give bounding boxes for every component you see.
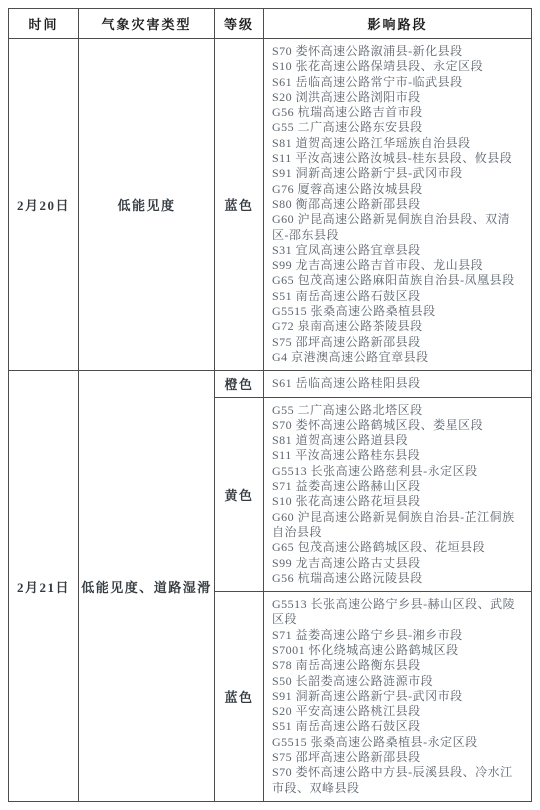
road-segment: S99 龙吉高速公路吉首市段、龙山县段 <box>272 258 525 273</box>
road-segment: S78 南岳高速公路衡东县段 <box>272 658 525 673</box>
road-segment: S91 洞新高速公路新宁县-武冈市段 <box>272 689 525 704</box>
roads-cell: S70 娄怀高速公路溆浦县-新化县段S10 张花高速公路保靖县段、永定区段S61… <box>264 39 532 371</box>
road-segment: S20 平安高速公路桃江县段 <box>272 704 525 719</box>
road-segment: S50 长韶娄高速公路涟源市段 <box>272 674 525 689</box>
road-segment: S11 平汝高速公路汝城县-桂东县段、攸县段 <box>272 151 525 166</box>
road-segment: G72 泉南高速公路茶陵县段 <box>272 319 525 334</box>
road-segment: G55 二广高速公路东安县段 <box>272 120 525 135</box>
road-segment: S10 张花高速公路花垣县段 <box>272 494 525 509</box>
road-segment: G60 沪昆高速公路新晃侗族自治县段、双清区-邵东县段 <box>272 212 525 243</box>
road-segment: S20 浏洪高速公路浏阳市段 <box>272 90 525 105</box>
col-header-disaster-type: 气象灾害类型 <box>79 9 215 39</box>
road-segment: G55 二广高速公路北塔区段 <box>272 403 525 418</box>
level-cell: 蓝色 <box>215 592 264 802</box>
road-segment: G56 杭瑞高速公路吉首市段 <box>272 105 525 120</box>
road-segment: G5515 张桑高速公路桑植县段 <box>272 304 525 319</box>
road-segment: G76 厦蓉高速公路汝城县段 <box>272 182 525 197</box>
road-segment: G5513 长张高速公路慈利县-永定区段 <box>272 464 525 479</box>
road-segment: S61 岳临高速公路桂阳县段 <box>272 376 525 391</box>
road-segment: G65 包茂高速公路鹤城区段、花垣县段 <box>272 540 525 555</box>
road-segment: S31 宜凤高速公路宜章县段 <box>272 243 525 258</box>
roads-cell: S61 岳临高速公路桂阳县段 <box>264 371 532 397</box>
weather-warning-table-page: 时间 气象灾害类型 等级 影响路段 2月20日低能见度蓝色S70 娄怀高速公路溆… <box>0 0 540 810</box>
road-segment: S70 娄怀高速公路中方县-辰溪县段、冷水江市段、双峰县段 <box>272 765 525 796</box>
road-segment: S75 邵坪高速公路新邵县段 <box>272 335 525 350</box>
road-segment: G65 包茂高速公路麻阳苗族自治县-凤凰县段 <box>272 273 525 288</box>
roads-cell: G55 二广高速公路北塔区段S70 娄怀高速公路鹤城区段、娄星区段S81 道贺高… <box>264 397 532 592</box>
disaster-type-cell: 低能见度 <box>79 39 215 371</box>
road-segment: S70 娄怀高速公路鹤城区段、娄星区段 <box>272 418 525 433</box>
level-cell: 蓝色 <box>215 39 264 371</box>
table-row: 2月21日低能见度、道路湿滑橙色S61 岳临高速公路桂阳县段 <box>9 371 532 397</box>
table-body: 2月20日低能见度蓝色S70 娄怀高速公路溆浦县-新化县段S10 张花高速公路保… <box>9 39 532 802</box>
road-segment: S91 洞新高速公路新宁县-武冈市段 <box>272 166 525 181</box>
road-segment: S81 道贺高速公路江华瑶族自治县段 <box>272 136 525 151</box>
level-cell: 黄色 <box>215 397 264 592</box>
road-segment: S99 龙吉高速公路古丈县段 <box>272 556 525 571</box>
road-segment: G60 沪昆高速公路新晃侗族自治县-芷江侗族自治县段 <box>272 510 525 541</box>
col-header-time: 时间 <box>9 9 79 39</box>
disaster-type-cell: 低能见度、道路湿滑 <box>79 371 215 802</box>
road-segment: S71 益娄高速公路赫山区段 <box>272 479 525 494</box>
road-segment: G5515 张桑高速公路桑植县-永定区段 <box>272 735 525 750</box>
col-header-affected-roads: 影响路段 <box>264 9 532 39</box>
road-warning-table: 时间 气象灾害类型 等级 影响路段 2月20日低能见度蓝色S70 娄怀高速公路溆… <box>8 8 532 802</box>
table-row: 2月20日低能见度蓝色S70 娄怀高速公路溆浦县-新化县段S10 张花高速公路保… <box>9 39 532 371</box>
level-cell: 橙色 <box>215 371 264 397</box>
road-segment: S11 平汝高速公路桂东县段 <box>272 448 525 463</box>
road-segment: S51 南岳高速公路石鼓区段 <box>272 719 525 734</box>
date-cell: 2月21日 <box>9 371 79 802</box>
road-segment: S61 岳临高速公路常宁市-临武县段 <box>272 75 525 90</box>
road-segment: G5513 长张高速公路宁乡县-赫山区段、武陵区段 <box>272 597 525 628</box>
road-segment: S71 益娄高速公路宁乡县-湘乡市段 <box>272 628 525 643</box>
road-segment: S81 道贺高速公路道县段 <box>272 433 525 448</box>
road-segment: G4 京港澳高速公路宜章县段 <box>272 350 525 365</box>
date-cell: 2月20日 <box>9 39 79 371</box>
road-segment: S70 娄怀高速公路溆浦县-新化县段 <box>272 44 525 59</box>
road-segment: G56 杭瑞高速公路沅陵县段 <box>272 571 525 586</box>
road-segment: S51 南岳高速公路石鼓区段 <box>272 289 525 304</box>
road-segment: S10 张花高速公路保靖县段、永定区段 <box>272 59 525 74</box>
header-row: 时间 气象灾害类型 等级 影响路段 <box>9 9 532 39</box>
col-header-level: 等级 <box>215 9 264 39</box>
road-segment: S80 衡邵高速公路新邵县段 <box>272 197 525 212</box>
road-segment: S75 邵坪高速公路新邵县段 <box>272 750 525 765</box>
roads-cell: G5513 长张高速公路宁乡县-赫山区段、武陵区段S71 益娄高速公路宁乡县-湘… <box>264 592 532 802</box>
road-segment: S7001 怀化绕城高速公路鹤城区段 <box>272 643 525 658</box>
